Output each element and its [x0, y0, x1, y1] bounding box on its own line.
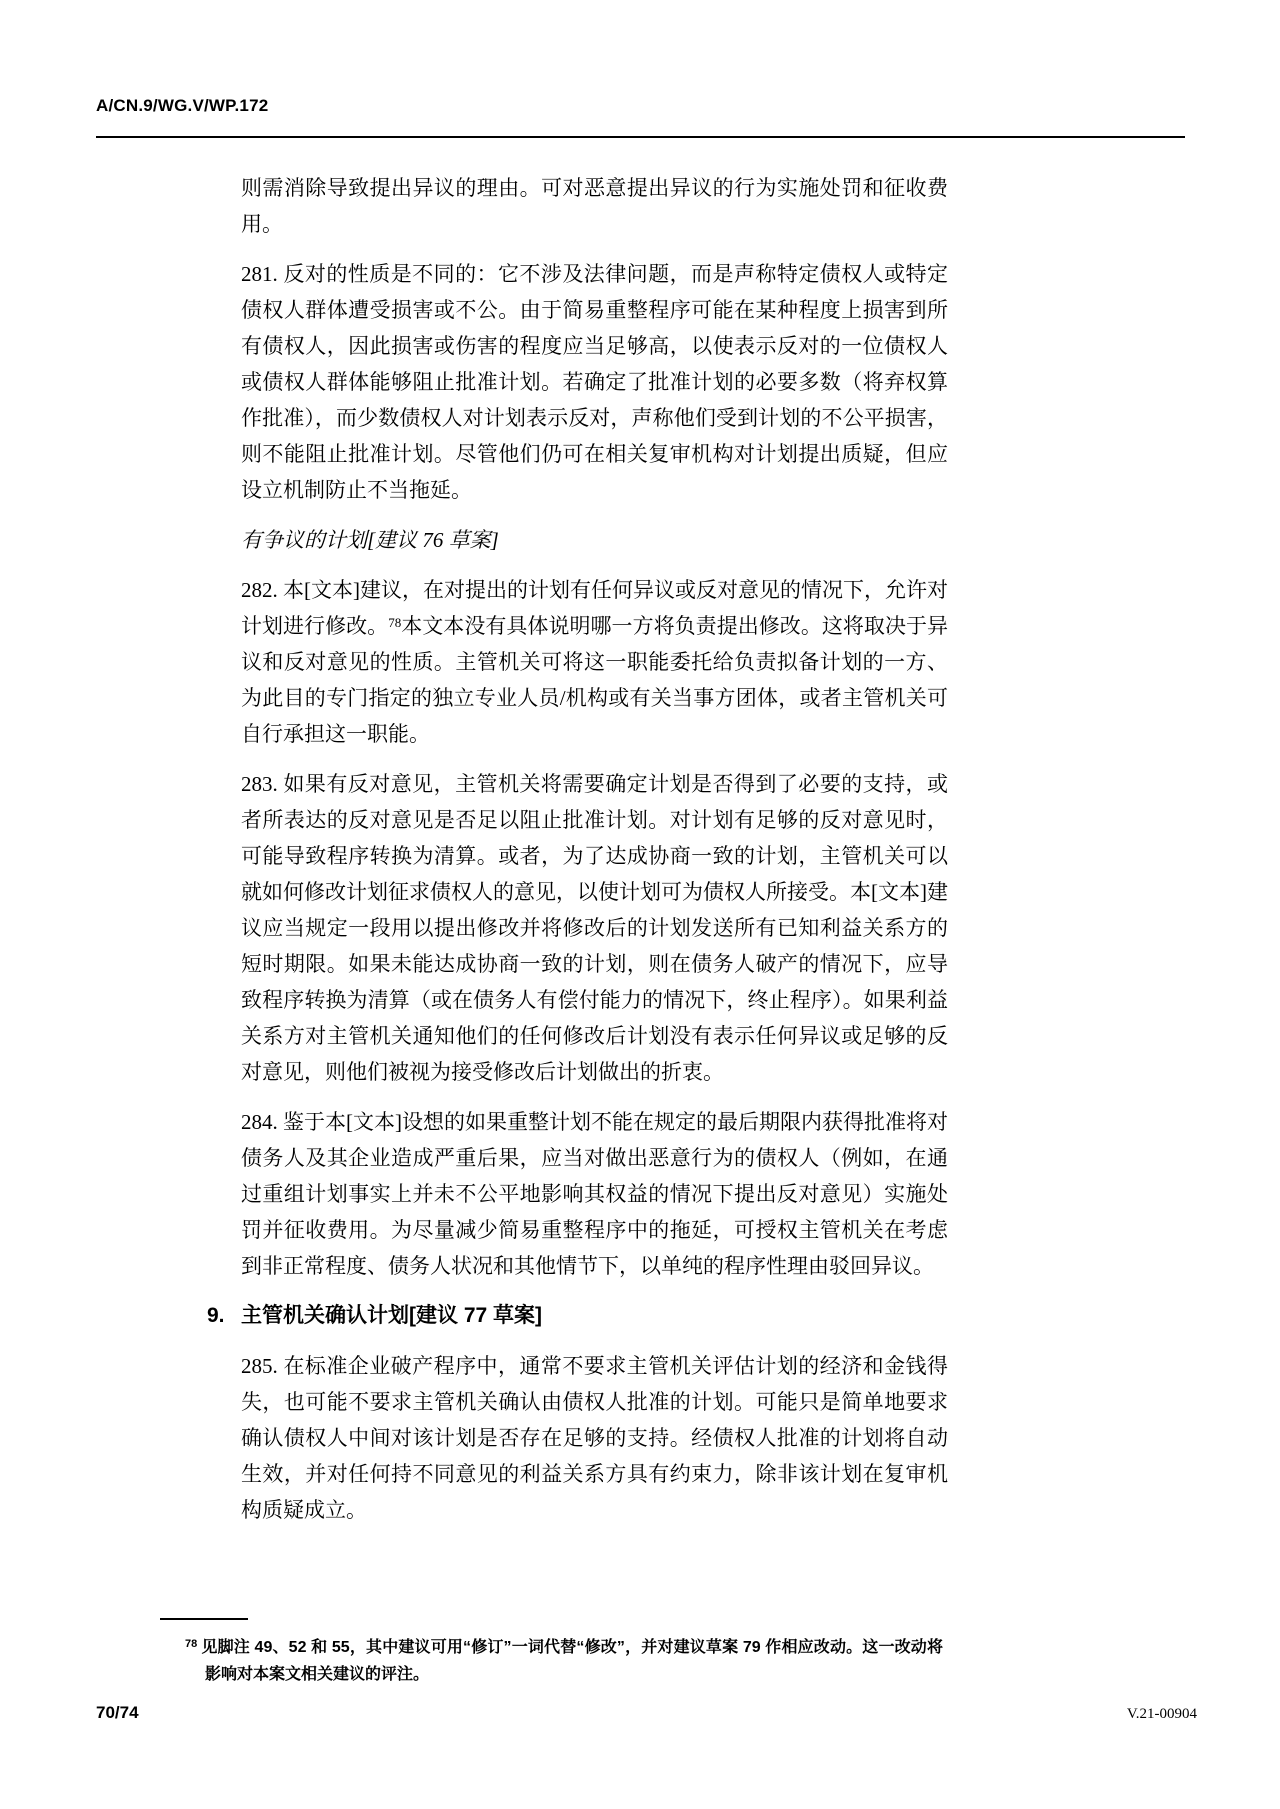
paragraph-281: 281. 反对的性质是不同的：它不涉及法律问题，而是声称特定债权人或特定债权人群… — [241, 256, 948, 508]
header-rule — [96, 136, 1185, 138]
section-9-title: 主管机关确认计划[建议 77 草案] — [241, 1304, 542, 1327]
footnote-78-segment-1: 见脚注 — [201, 1639, 254, 1656]
footnote-78-bold-numbers-2: 79 — [743, 1639, 761, 1656]
paragraph-282: 282. 本[文本]建议，在对提出的计划有任何异议或反对意见的情况下，允许对计划… — [241, 572, 948, 752]
footnote-separator-rule — [160, 1618, 248, 1620]
document-page: A/CN.9/WG.V/WP.172 则需消除导致提出异议的理由。可对恶意提出异… — [0, 0, 1280, 1809]
job-number: V.21-00904 — [1127, 1706, 1197, 1723]
paragraph-284: 284. 鉴于本[文本]设想的如果重整计划不能在规定的最后期限内获得批准将对债务… — [241, 1104, 948, 1284]
paragraph-285: 285. 在标准企业破产程序中，通常不要求主管机关评估计划的经济和金钱得失，也可… — [241, 1348, 948, 1528]
footnote-78-bold-numbers-1: 49、52 和 55 — [255, 1639, 350, 1656]
paragraph-280-continuation: 则需消除导致提出异议的理由。可对恶意提出异议的行为实施处罚和征收费用。 — [241, 170, 948, 242]
document-symbol: A/CN.9/WG.V/WP.172 — [96, 96, 268, 116]
page-number: 70/74 — [96, 1703, 139, 1723]
footnote-78: 78见脚注 49、52 和 55，其中建议可用“修订”一词代替“修改”，并对建议… — [205, 1634, 943, 1688]
document-body: 则需消除导致提出异议的理由。可对恶意提出异议的行为实施处罚和征收费用。 281.… — [241, 150, 948, 1542]
section-9-heading: 9.主管机关确认计划[建议 77 草案] — [241, 1298, 948, 1334]
paragraph-283: 283. 如果有反对意见，主管机关将需要确定计划是否得到了必要的支持，或者所表达… — [241, 766, 948, 1090]
subheading-contested-plans: 有争议的计划[建议 76 草案] — [241, 522, 948, 558]
footnote-78-segment-2: ，其中建议可用“修订”一词代替“修改”，并对建议草案 — [350, 1639, 743, 1656]
footnote-78-marker: 78 — [185, 1638, 201, 1650]
footnote-78-reference: 78 — [388, 615, 401, 630]
section-9-number: 9. — [207, 1298, 241, 1334]
